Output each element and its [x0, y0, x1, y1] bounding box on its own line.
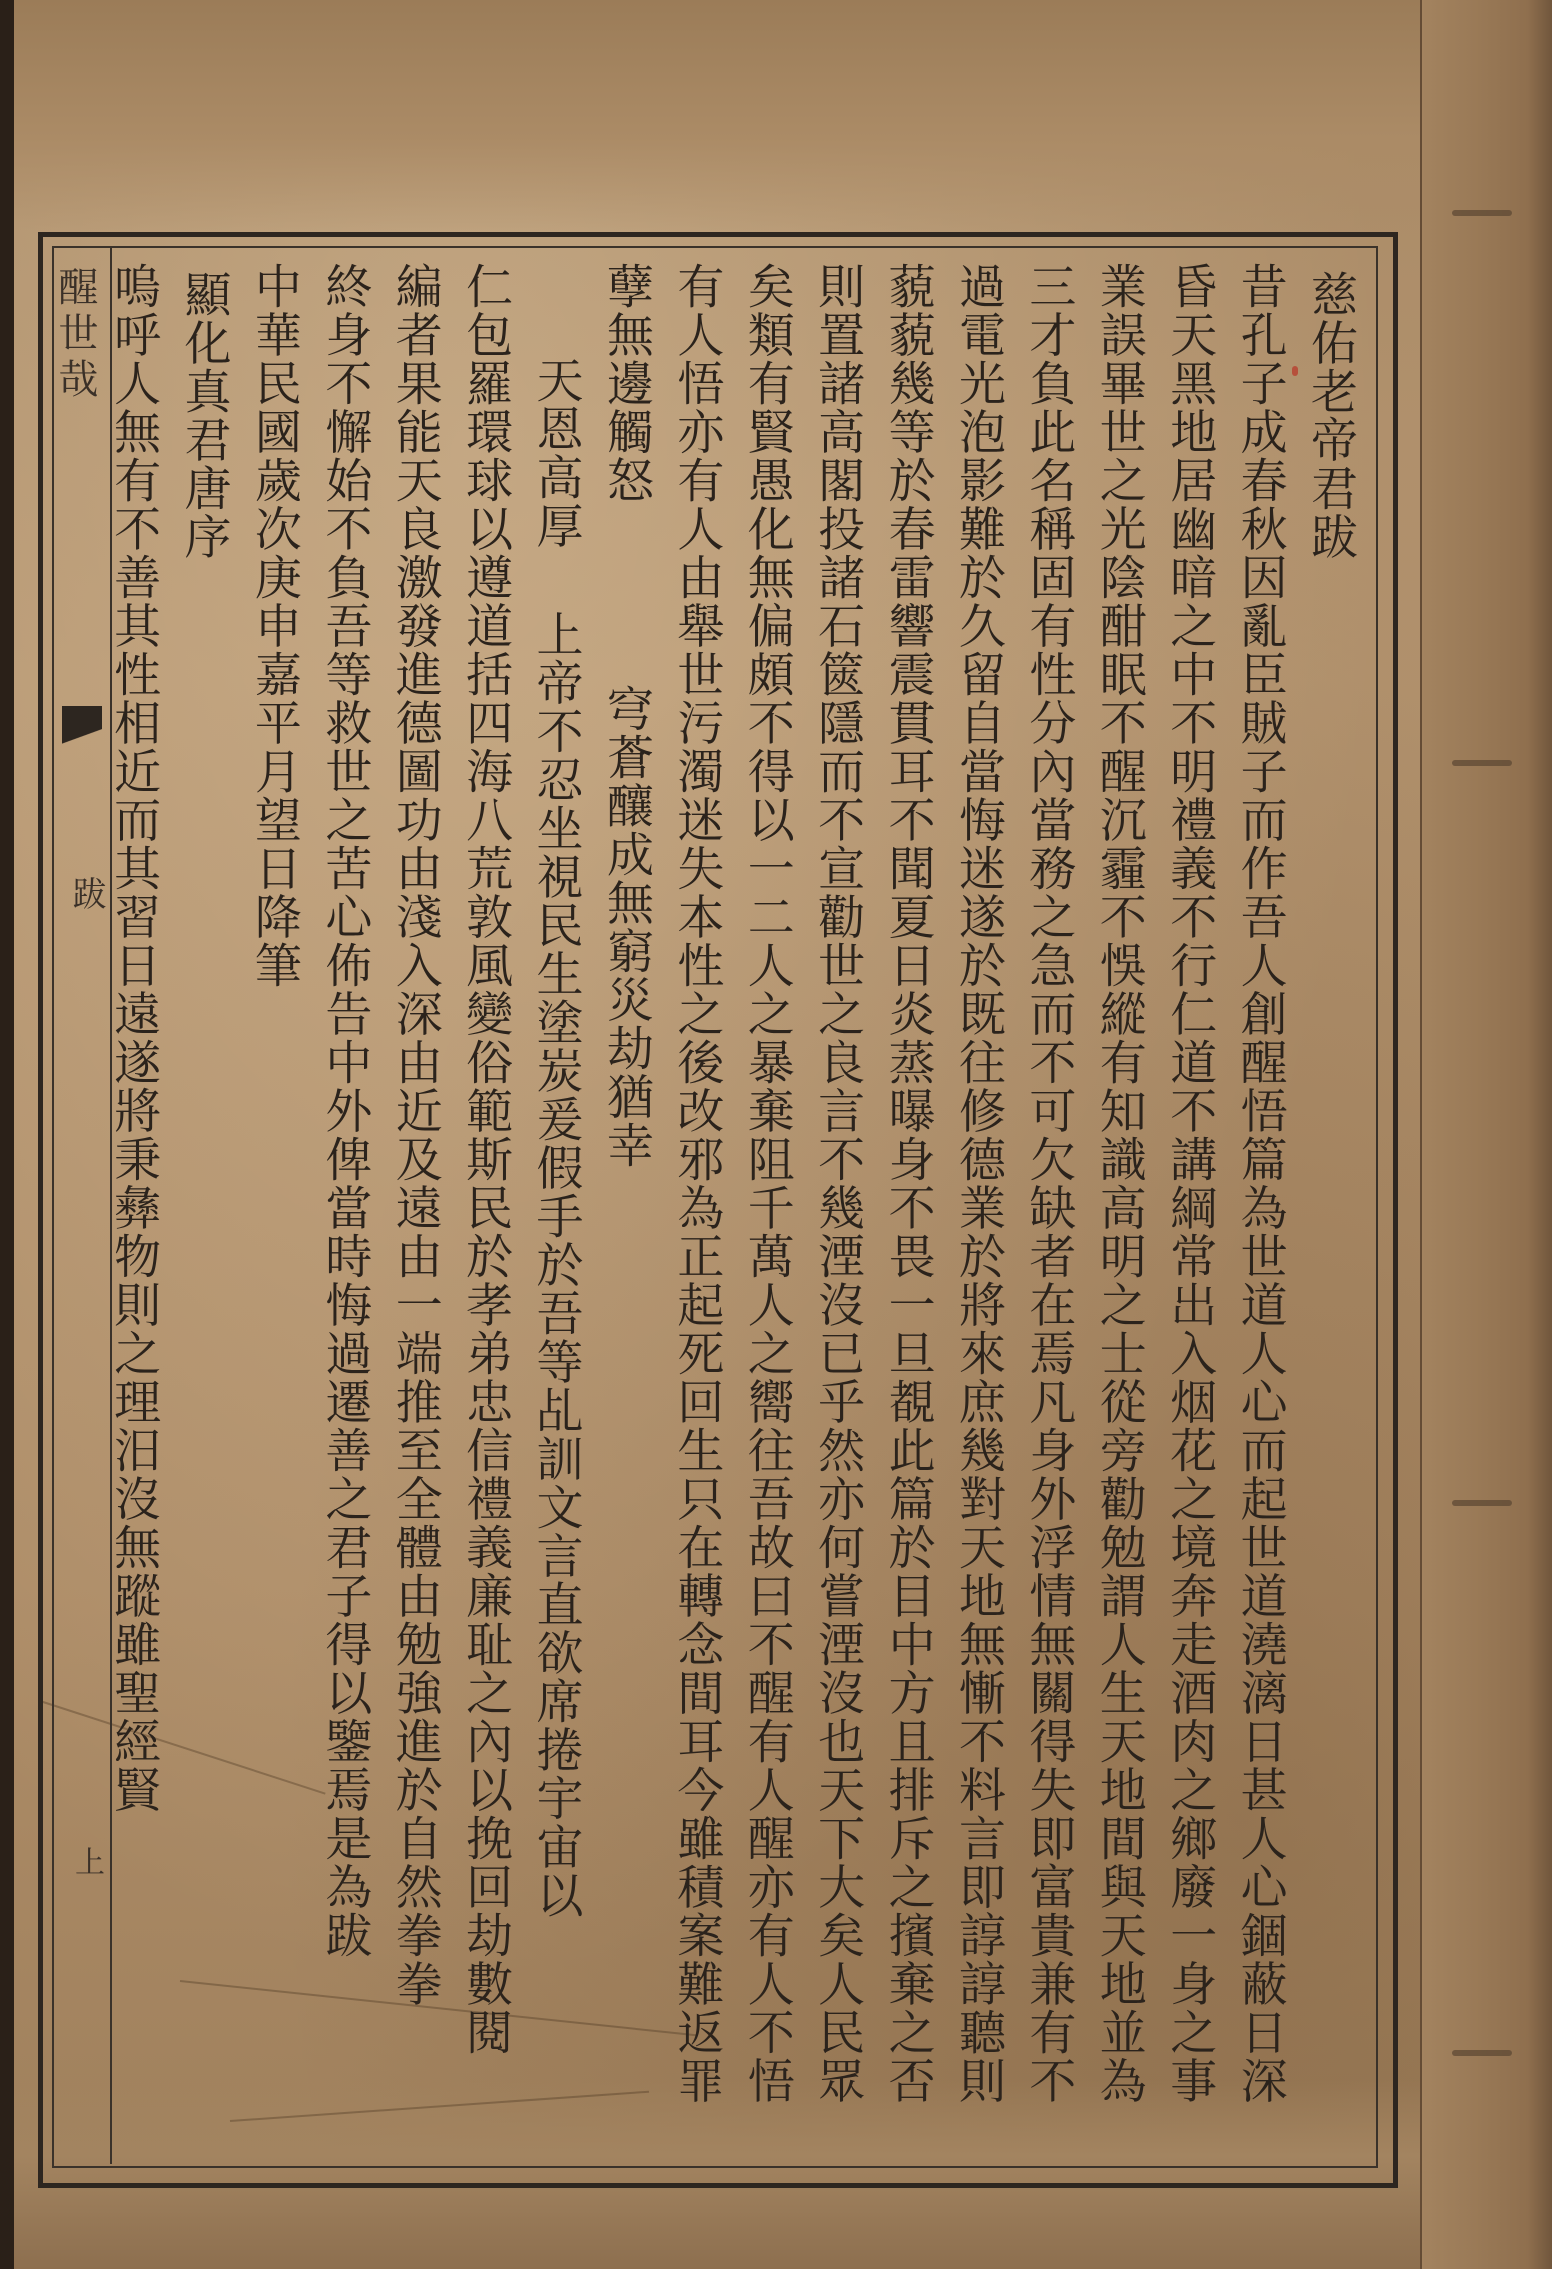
text-segment-honorific: 上帝不忍坐視民生塗炭爰假手於吾等乩訓文言直欲席捲宇宙以 — [529, 610, 584, 1920]
stitched-binding-edge — [1420, 0, 1552, 2269]
left-dark-edge — [0, 0, 14, 2269]
text-column: 藐藐幾等於春雷響震貫耳不聞夏日炎蒸曝身不畏一旦覩此篇於目中方且排斥之擯棄之否 — [872, 262, 942, 2152]
text-column: 編者果能天良激發進德圖功由淺入深由近及遠由一端推至全體由勉強進於自然拳拳 — [379, 262, 449, 2152]
text-segment-honorific: 天恩高厚 — [529, 356, 584, 550]
date-column: 中華民國歲次庚申嘉平月望日降筆 — [239, 262, 309, 2152]
binding-thread — [1452, 2050, 1512, 2056]
top-edge-wear — [0, 0, 1552, 230]
book-page: 醒世哉 跋 上 慈佑老帝君跋 昔孔子成春秋因亂臣賊子而作吾人創醒悟篇為世道人心而… — [0, 0, 1552, 2269]
text-column: 昏天黑地居幽暗之中不明禮義不行仁道不講綱常出入烟花之境奔走酒肉之鄉廢一身之事 — [1154, 262, 1224, 2152]
text-column: 過電光泡影難於久留自當悔迷遂於既往修德業於將來庶幾對天地無慚不料言即諄諄聽則 — [943, 262, 1013, 2152]
text-column: 終身不懈始不負吾等救世之苦心佈告中外俾當時悔過遷善之君子得以鑒焉是為跋 — [309, 262, 379, 2152]
binding-thread — [1452, 760, 1512, 766]
vertical-text-body: 慈佑老帝君跋 昔孔子成春秋因亂臣賊子而作吾人創醒悟篇為世道人心而起世道澆漓日甚人… — [120, 262, 1365, 2152]
text-segment-honorific: 穹蒼釀成無窮災劫猶幸 — [599, 685, 654, 1170]
text-column-split: 孽無邊觸怒穹蒼釀成無窮災劫猶幸 — [591, 262, 661, 2152]
binding-thread — [1452, 1500, 1512, 1506]
text-column: 業誤畢世之光陰酣眠不醒沉霾不悞縱有知識高明之士從旁勸勉謂人生天地間與天地並為 — [1083, 262, 1153, 2152]
binding-thread — [1452, 210, 1512, 216]
column-title-preface: 顯化真君唐序 — [168, 262, 238, 2152]
text-column-split: 天恩高厚上帝不忍坐視民生塗炭爰假手於吾等乩訓文言直欲席捲宇宙以 — [520, 262, 590, 2152]
text-column: 三才負此名稱固有性分內當務之急而不可欠缺者在焉凡身外浮情無關得失即富貴兼有不 — [1013, 262, 1083, 2152]
text-column: 仁包羅環球以遵道括四海八荒敦風變俗範斯民於孝弟忠信禮義廉耻之內以挽回劫數閱 — [450, 262, 520, 2152]
text-column: 矣類有賢愚化無偏頗不得以一二人之暴棄阻千萬人之嚮往吾故曰不醒有人醒亦有人不悟 — [731, 262, 801, 2152]
text-column: 嗚呼人無有不善其性相近而其習日遠遂將秉彝物則之理汨沒無蹤雖聖經賢 — [98, 262, 168, 2152]
text-column: 則置諸高閣投諸石篋隱而不宣勸世之良言不幾湮沒已乎然亦何嘗湮沒也天下大矣人民眾 — [802, 262, 872, 2152]
fishtail-mark-icon — [62, 706, 102, 766]
text-column: 有人悟亦有人由舉世污濁迷失本性之後改邪為正起死回生只在轉念間耳今雖積案難返罪 — [661, 262, 731, 2152]
text-segment: 孽無邊觸怒 — [599, 262, 654, 505]
text-column: 昔孔子成春秋因亂臣賊子而作吾人創醒悟篇為世道人心而起世道澆漓日甚人心錮蔽日深 — [1224, 262, 1294, 2152]
column-title-postface: 慈佑老帝君跋 — [1295, 262, 1365, 2152]
